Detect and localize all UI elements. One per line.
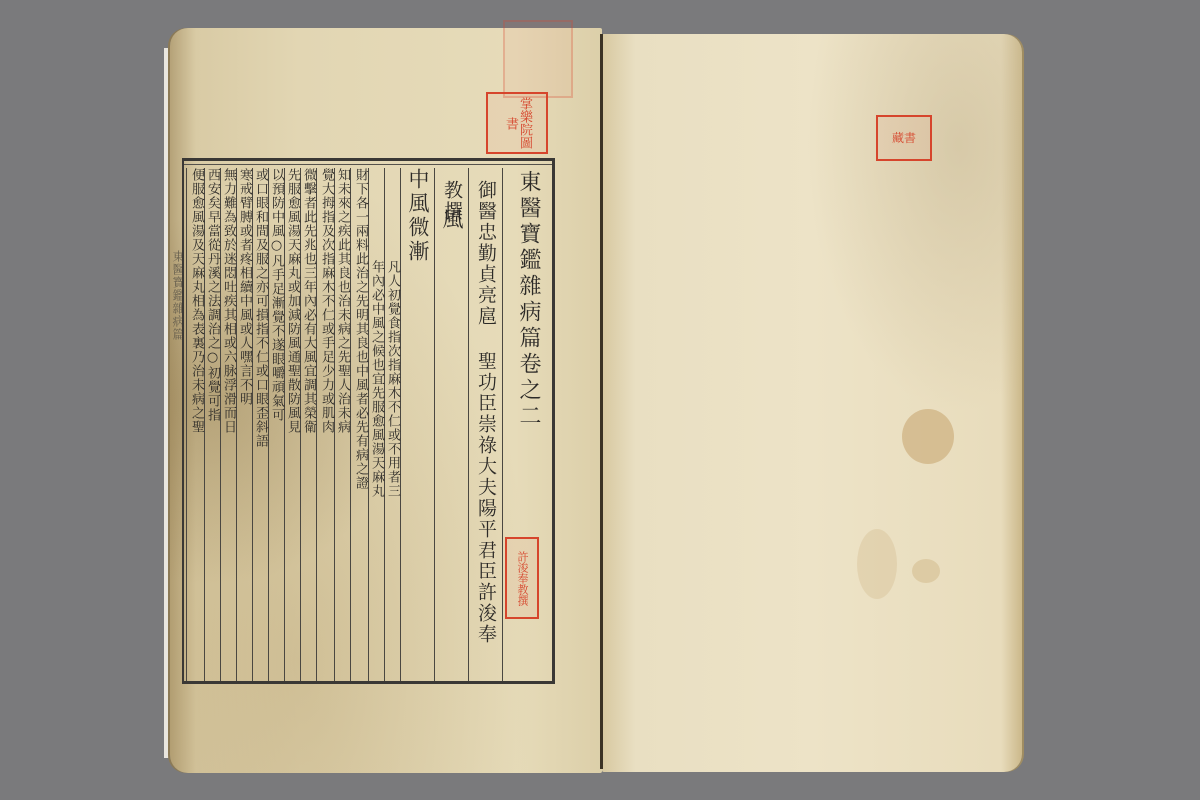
text-column: 寒戒臂膊或者疼相續中風或人嘿言不明 [236,168,253,681]
page-edges [164,48,169,758]
text-column: 西安矣早當從丹溪之法調治之○初覺可指 [204,168,221,681]
text-column: 凡人初覺食指次指麻木不仁或不用者三 [384,168,401,681]
text-column: 知未來之疾此其良也治未病之先聖人治未病 [334,168,351,681]
text-column: 無力難為致於迷悶吐疾其相或六脉浮滑而日 [220,168,237,681]
text-column: 覺大拇指及次指麻木不仁或手足少力或肌肉 [316,168,335,681]
printed-frame: 東醫寶鑑雜病篇卷之二 御醫忠勤貞亮扈 聖功臣崇祿大夫陽平君臣許浚奉 教撰 風 中… [182,158,555,684]
text-column: 先服愈風湯天麻丸或加減防風通聖散防風見 [284,168,301,681]
faded-seal [503,20,573,98]
book-gutter [600,34,603,769]
text-column: 以預防中風○凡手足漸覺不遂眼嚼頑氣可 [268,168,285,681]
water-stain [912,559,940,583]
text-column: 或口眼和間及服之亦可損指不仁或口眼歪斜語 [252,168,269,681]
text-column: 微擊者此先兆也三年內必有大風宜調其榮衛 [300,168,317,681]
water-stain [902,409,954,464]
section-heading: 風 [434,168,469,681]
collection-seal: 藏書 [876,115,932,161]
text-column: 年內必中風之候也宜先服愈風湯天麻丸 [368,168,385,681]
text-column: 便服愈風湯及天麻丸相為表裏乃治未病之聖 [186,168,205,681]
text-column: 財下各一兩料此治之先明其良也中風者必先有病之證 [350,168,369,681]
author-seal: 許浚奉教撰 [505,537,539,619]
right-page [602,34,1022,772]
author-line: 御醫忠勤貞亮扈 聖功臣崇祿大夫陽平君臣許浚奉 教撰 [468,168,503,681]
subheading: 中風微漸 [400,168,435,681]
water-stain [857,529,897,599]
library-seal: 掌樂院圖書 [486,92,548,154]
